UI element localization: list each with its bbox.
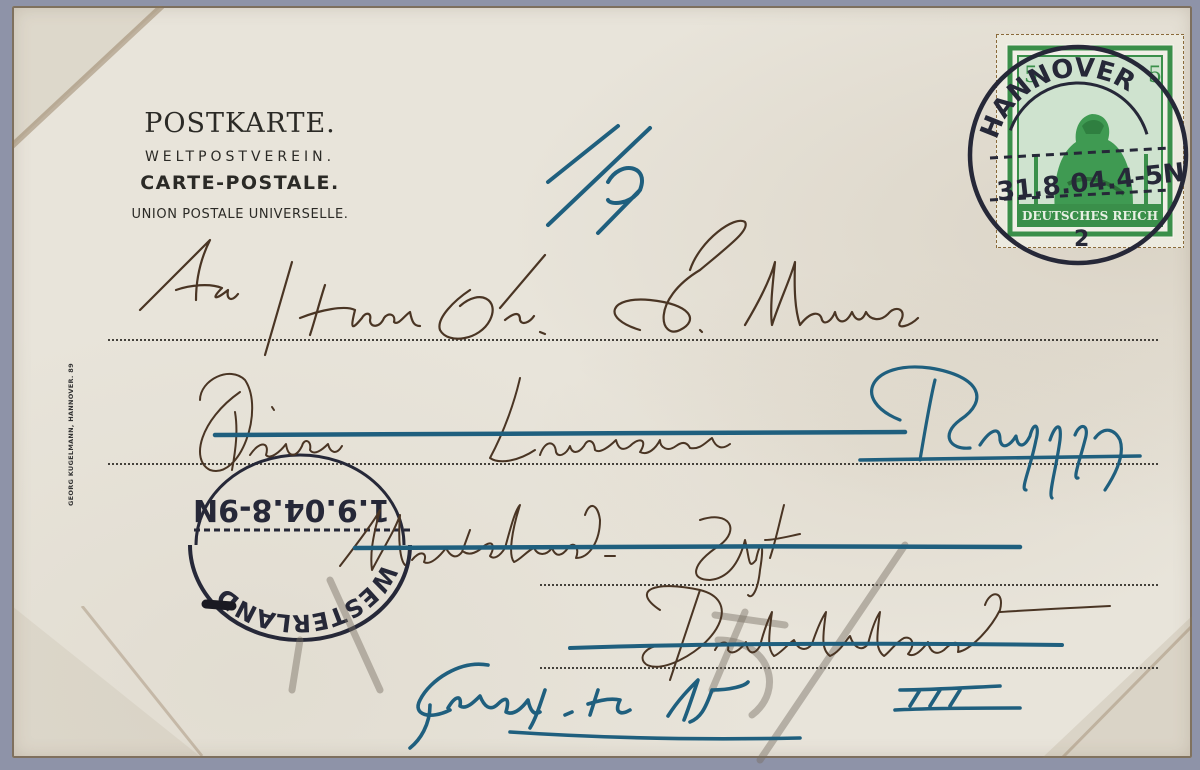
address-line-2 xyxy=(108,463,1158,465)
stamp-country: DEUTSCHES REICH xyxy=(1022,209,1158,223)
postcard-title-french: CARTE-POSTALE. xyxy=(90,172,390,194)
postcard: POSTKARTE. WELTPOSTVEREIN. CARTE-POSTALE… xyxy=(12,6,1192,758)
union-label-german: WELTPOSTVEREIN. xyxy=(90,149,390,165)
postage-stamp: 5 5 DEUTSCHES REICH xyxy=(996,34,1184,248)
svg-text:5: 5 xyxy=(1148,63,1162,88)
corner-mount-bottom-right xyxy=(1042,616,1192,758)
address-line-1 xyxy=(108,339,1158,341)
stamp-value: 5 xyxy=(1024,63,1038,88)
corner-mount-bottom-left xyxy=(12,606,212,758)
address-line-4 xyxy=(540,667,1158,669)
publisher-imprint: GEORG KUGELMANN, HANNOVER. 89 xyxy=(67,363,75,506)
union-label-french: UNION POSTALE UNIVERSELLE. xyxy=(90,207,390,222)
postcard-title: POSTKARTE. xyxy=(90,108,390,139)
address-line-3 xyxy=(540,584,1158,586)
